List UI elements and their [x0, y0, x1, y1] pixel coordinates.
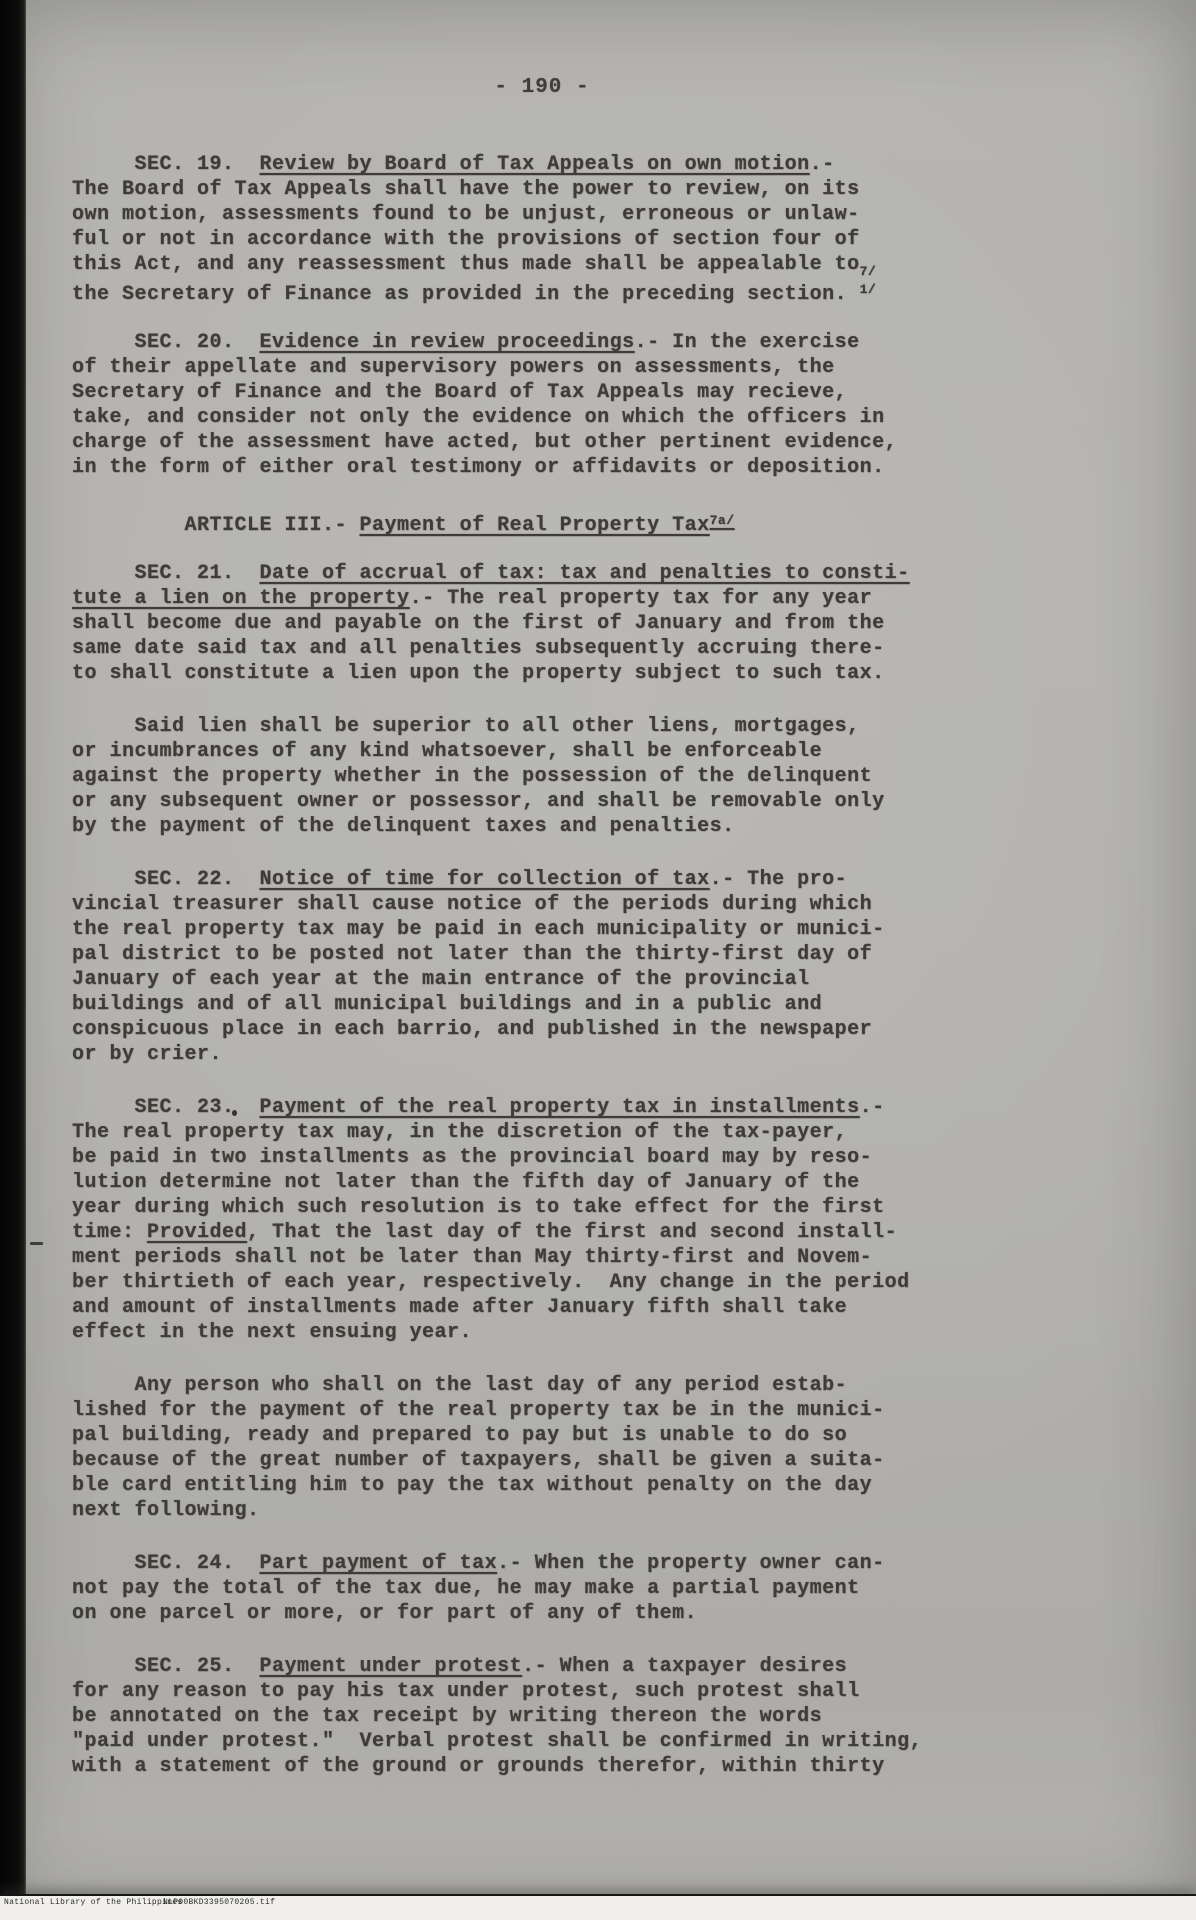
text-line: SEC. 22. Notice of time for collection o…: [72, 867, 1152, 892]
text-line: be paid in two installments as the provi…: [72, 1145, 1152, 1170]
paragraph: SEC. 19. Review by Board of Tax Appeals …: [72, 152, 1152, 302]
paragraph: Said lien shall be superior to all other…: [72, 714, 1152, 839]
text-line: SEC. 21. Date of accrual of tax: tax and…: [72, 561, 1152, 586]
text-line: "paid under protest." Verbal protest sha…: [72, 1729, 1152, 1754]
text-line: lution determine not later than the fift…: [72, 1170, 1152, 1195]
text-line: ment periods shall not be later than May…: [72, 1245, 1152, 1270]
text-line: with a statement of the ground or ground…: [72, 1754, 1152, 1779]
text-line: The Board of Tax Appeals shall have the …: [72, 177, 1152, 202]
text-line: or any subsequent owner or possessor, an…: [72, 789, 1152, 814]
text-line: against the property whether in the poss…: [72, 764, 1152, 789]
footer-library-label: National Library of the Philippines: [4, 1898, 183, 1907]
paragraph: SEC. 25. Payment under protest.- When a …: [72, 1654, 1152, 1779]
text-line: time: Provided, That the last day of the…: [72, 1220, 1152, 1245]
text-line: because of the great number of taxpayers…: [72, 1448, 1152, 1473]
scan-artifact-dash: [30, 1242, 43, 1245]
paragraph: SEC. 21. Date of accrual of tax: tax and…: [72, 561, 1152, 686]
text-line: Secretary of Finance and the Board of Ta…: [72, 380, 1152, 405]
text-line: same date said tax and all penalties sub…: [72, 636, 1152, 661]
text-line: ble card entitling him to pay the tax wi…: [72, 1473, 1152, 1498]
text-line: charge of the assessment have acted, but…: [72, 430, 1152, 455]
text-line: tute a lien on the property.- The real p…: [72, 586, 1152, 611]
text-line: for any reason to pay his tax under prot…: [72, 1679, 1152, 1704]
text-line: pal building, ready and prepared to pay …: [72, 1423, 1152, 1448]
text-line: not pay the total of the tax due, he may…: [72, 1576, 1152, 1601]
text-line: conspicuous place in each barrio, and pu…: [72, 1017, 1152, 1042]
text-line: in the form of either oral testimony or …: [72, 455, 1152, 480]
text-line: and amount of installments made after Ja…: [72, 1295, 1152, 1320]
text-line: own motion, assessments found to be unju…: [72, 202, 1152, 227]
text-line: the real property tax may be paid in eac…: [72, 917, 1152, 942]
text-line: shall become due and payable on the firs…: [72, 611, 1152, 636]
text-line: ful or not in accordance with the provis…: [72, 227, 1152, 252]
text-line: be annotated on the tax receipt by writi…: [72, 1704, 1152, 1729]
paragraph: Any person who shall on the last day of …: [72, 1373, 1152, 1523]
scan-footer-bar: National Library of the Philippines NLP0…: [0, 1894, 1196, 1920]
scan-artifact-dot: [232, 1110, 237, 1116]
text-line: SEC. 23. Payment of the real property ta…: [72, 1095, 1152, 1120]
text-line: next following.: [72, 1498, 1152, 1523]
text-line: this Act, and any reassessment thus made…: [72, 252, 1152, 277]
footer-filename: NLP00BKD3395070205.tif: [163, 1898, 275, 1907]
text-line: SEC. 24. Part payment of tax.- When the …: [72, 1551, 1152, 1576]
text-line: pal district to be posted not later than…: [72, 942, 1152, 967]
text-line: the Secretary of Finance as provided in …: [72, 277, 1152, 302]
paragraph: SEC. 22. Notice of time for collection o…: [72, 867, 1152, 1067]
text-line: Any person who shall on the last day of …: [72, 1373, 1152, 1398]
text-line: or by crier.: [72, 1042, 1152, 1067]
text-line: The real property tax may, in the discre…: [72, 1120, 1152, 1145]
text-line: vincial treasurer shall cause notice of …: [72, 892, 1152, 917]
text-line: ber thirtieth of each year, respectively…: [72, 1270, 1152, 1295]
paragraph: SEC. 24. Part payment of tax.- When the …: [72, 1551, 1152, 1626]
text-line: take, and consider not only the evidence…: [72, 405, 1152, 430]
text-line: or incumbrances of any kind whatsoever, …: [72, 739, 1152, 764]
text-line: buildings and of all municipal buildings…: [72, 992, 1152, 1017]
page-number: - 190 -: [452, 76, 632, 99]
paragraph: ARTICLE III.- Payment of Real Property T…: [72, 508, 1152, 533]
scanned-document-page: - 190 - SEC. 19. Review by Board of Tax …: [0, 0, 1196, 1920]
text-line: by the payment of the delinquent taxes a…: [72, 814, 1152, 839]
text-line: SEC. 20. Evidence in review proceedings.…: [72, 330, 1152, 355]
text-line: January of each year at the main entranc…: [72, 967, 1152, 992]
text-line: to shall constitute a lien upon the prop…: [72, 661, 1152, 686]
paragraph: SEC. 23. Payment of the real property ta…: [72, 1095, 1152, 1345]
text-line: of their appellate and supervisory power…: [72, 355, 1152, 380]
text-line: Said lien shall be superior to all other…: [72, 714, 1152, 739]
text-line: SEC. 25. Payment under protest.- When a …: [72, 1654, 1152, 1679]
text-line: lished for the payment of the real prope…: [72, 1398, 1152, 1423]
document-body: SEC. 19. Review by Board of Tax Appeals …: [72, 152, 1152, 1807]
text-line: effect in the next ensuing year.: [72, 1320, 1152, 1345]
paragraph: SEC. 20. Evidence in review proceedings.…: [72, 330, 1152, 480]
text-line: SEC. 19. Review by Board of Tax Appeals …: [72, 152, 1152, 177]
text-line: year during which such resolution is to …: [72, 1195, 1152, 1220]
text-line: ARTICLE III.- Payment of Real Property T…: [72, 508, 1152, 533]
scan-left-edge: [0, 0, 26, 1896]
text-line: on one parcel or more, or for part of an…: [72, 1601, 1152, 1626]
